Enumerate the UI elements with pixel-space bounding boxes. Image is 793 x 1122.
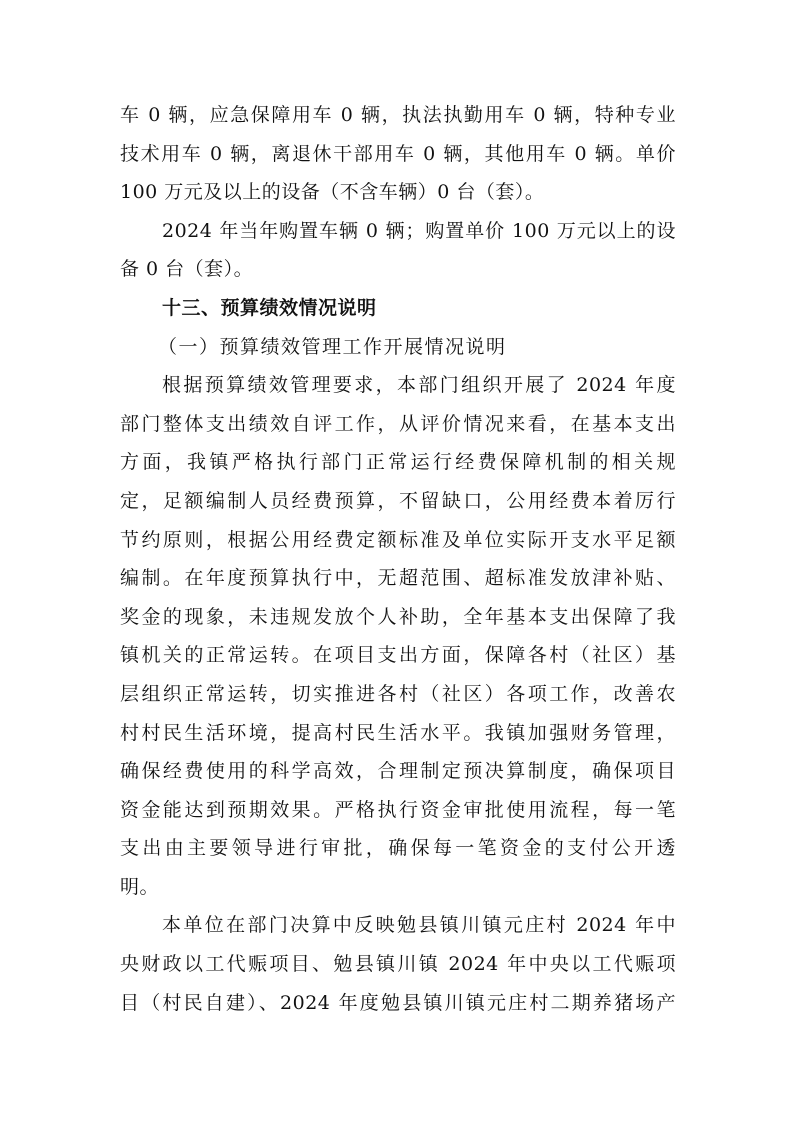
text-line: 支出由主要领导进行审批，确保每一笔资金的支付公开透 xyxy=(120,829,676,868)
text-line: 确保经费使用的科学高效，合理制定预决算制度，确保项目 xyxy=(120,752,676,791)
text-line: 节约原则，根据公用经费定额标准及单位实际开支水平足额 xyxy=(120,521,676,560)
paragraph-projects: 本单位在部门决算中反映勉县镇川镇元庄村 2024 年中 央财政以工代赈项目、勉县… xyxy=(120,906,676,1022)
text-line: 部门整体支出绩效自评工作，从评价情况来看，在基本支出 xyxy=(120,405,676,444)
text-line: 定，足额编制人员经费预算，不留缺口，公用经费本着厉行 xyxy=(120,482,676,521)
text-line: 2024 年当年购置车辆 0 辆；购置单价 100 万元以上的设 xyxy=(120,212,676,251)
text-line: 目（村民自建）、2024 年度勉县镇川镇元庄村二期养猪场产 xyxy=(120,984,676,1023)
text-line: 备 0 台（套）。 xyxy=(120,250,676,289)
document-body: 车 0 辆，应急保障用车 0 辆，执法执勤用车 0 辆，特种专业 技术用车 0 … xyxy=(120,96,676,1022)
document-page: 车 0 辆，应急保障用车 0 辆，执法执勤用车 0 辆，特种专业 技术用车 0 … xyxy=(0,0,793,1122)
paragraph-purchases: 2024 年当年购置车辆 0 辆；购置单价 100 万元以上的设 备 0 台（套… xyxy=(120,212,676,289)
paragraph-vehicles: 车 0 辆，应急保障用车 0 辆，执法执勤用车 0 辆，特种专业 技术用车 0 … xyxy=(120,96,676,212)
text-line: 车 0 辆，应急保障用车 0 辆，执法执勤用车 0 辆，特种专业 xyxy=(120,96,676,135)
text-line: 根据预算绩效管理要求，本部门组织开展了 2024 年度 xyxy=(120,366,676,405)
text-line: 方面，我镇严格执行部门正常运行经费保障机制的相关规 xyxy=(120,443,676,482)
text-line: 编制。在年度预算执行中，无超范围、超标准发放津补贴、 xyxy=(120,559,676,598)
paragraph-performance: 根据预算绩效管理要求，本部门组织开展了 2024 年度 部门整体支出绩效自评工作… xyxy=(120,366,676,906)
text-line: 央财政以工代赈项目、勉县镇川镇 2024 年中央以工代赈项 xyxy=(120,945,676,984)
text-line: 100 万元及以上的设备（不含车辆）0 台（套）。 xyxy=(120,173,676,212)
text-line: 奖金的现象，未违规发放个人补助，全年基本支出保障了我 xyxy=(120,598,676,637)
text-line: 本单位在部门决算中反映勉县镇川镇元庄村 2024 年中 xyxy=(120,906,676,945)
text-line: 明。 xyxy=(120,868,676,907)
text-line: 村村民生活环境，提高村民生活水平。我镇加强财务管理， xyxy=(120,714,676,753)
text-line: 镇机关的正常运转。在项目支出方面，保障各村（社区）基 xyxy=(120,636,676,675)
text-line: 技术用车 0 辆，离退休干部用车 0 辆，其他用车 0 辆。单价 xyxy=(120,135,676,174)
text-line: 层组织正常运转，切实推进各村（社区）各项工作，改善农 xyxy=(120,675,676,714)
text-line: 资金能达到预期效果。严格执行资金审批使用流程，每一笔 xyxy=(120,791,676,830)
subsection-heading: （一）预算绩效管理工作开展情况说明 xyxy=(120,328,676,367)
section-heading: 十三、预算绩效情况说明 xyxy=(120,289,676,328)
